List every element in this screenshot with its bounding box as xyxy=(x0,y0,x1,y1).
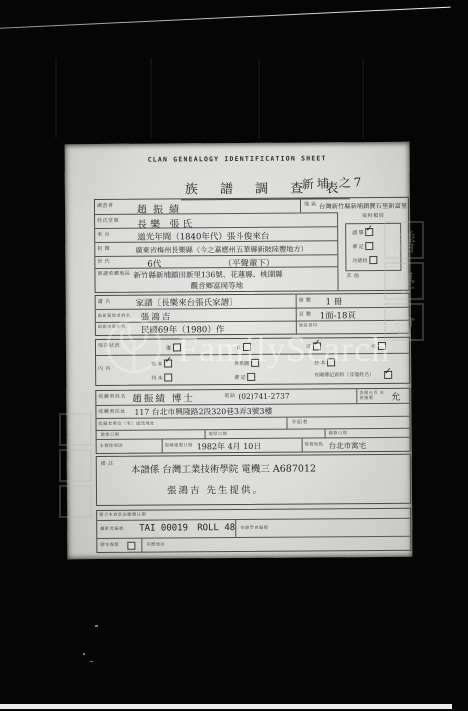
option-label: 優 xyxy=(166,344,171,351)
microfilm-date-label: 微捲日期 xyxy=(101,433,120,438)
permission-label: 查閱允否 本會複製 xyxy=(359,391,385,401)
locality-note: 新埔 之7 xyxy=(302,173,365,193)
option-label: 傳 記 xyxy=(352,243,363,250)
area-label: 地 區 xyxy=(304,202,317,208)
film-speck xyxy=(83,653,85,655)
familysearch-watermark-text: FamilySearch xyxy=(178,328,390,370)
microfilm-frame: CLAN GENEALOGY IDENTIFICATION SHEET 族 譜 … xyxy=(0,0,468,711)
title-value: 家譜〔長樂來台張氏家譜〕 xyxy=(136,296,238,309)
divider xyxy=(162,440,163,454)
donation-copy-label: 贈本複製 xyxy=(100,543,119,548)
holder-label: 收藏者姓名 xyxy=(98,395,126,401)
option-label: 功德榜 xyxy=(352,257,367,264)
film-streak xyxy=(362,58,364,138)
copy-date-value: 1982年 4月 10日 xyxy=(197,441,262,452)
category-label: 資料類別 xyxy=(362,214,384,220)
locations-line1: 新竹縣新埔鎮田新里136號、花蓮縣、桃園縣 xyxy=(133,269,282,281)
remarks-line1: 本譜係 台灣工業技術學院 電機三 A687012 xyxy=(131,460,316,475)
checkbox xyxy=(384,371,392,379)
option-label: 譜 牒 xyxy=(352,229,363,236)
film-streak xyxy=(55,58,57,138)
seal-glyph: 猶 xyxy=(59,413,92,446)
catalog-date-label: 繳錄日期 xyxy=(329,431,348,436)
arrival-label: 來 台 xyxy=(97,233,110,239)
remarks-line2: 張鴻吉 先生提供。 xyxy=(167,482,264,497)
locations-line2: 觀音鄉富岡等地 xyxy=(191,280,244,291)
title-label: 譜 名 xyxy=(98,300,111,306)
photocopy-date-label: 複照日期 xyxy=(209,432,228,437)
content-option: 有關傳記資料（非僅姓名） xyxy=(314,371,406,380)
category-item: 譜 牒 xyxy=(352,228,373,236)
option-label: 有關傳記資料（非僅姓名） xyxy=(314,372,382,378)
checkbox xyxy=(366,228,374,236)
remarks-label: 備 註 xyxy=(101,462,114,468)
divider xyxy=(235,520,236,538)
count-value: 1 冊 xyxy=(326,295,343,307)
film-bottom-strip xyxy=(0,704,452,709)
film-streak xyxy=(258,58,260,138)
clan-label: 姓氏堂號 xyxy=(97,219,119,225)
introducer-label: 介紹者 xyxy=(291,421,308,427)
holder-org-label: 收藏者單位（家）通訊地址 xyxy=(98,422,154,427)
copy-place-label: 複製地點 xyxy=(305,442,324,447)
surveyor-label: 調查者 xyxy=(97,204,114,210)
checkbox xyxy=(127,542,135,550)
seal-glyph: 會 xyxy=(384,303,424,341)
pages-label: 頁 數 xyxy=(299,312,312,318)
holder-address-label: 收藏者住址 xyxy=(98,410,126,416)
option-label: 傳 記 xyxy=(234,373,245,380)
count-label: 冊 數 xyxy=(299,298,312,304)
divider xyxy=(356,389,357,403)
divider xyxy=(300,199,301,213)
category-other-label: 其 他 xyxy=(346,274,359,280)
area-value: 台灣新竹縣新埔鎮寶石里新富里 xyxy=(319,201,407,211)
film-speck xyxy=(95,625,98,627)
checkbox xyxy=(248,373,256,381)
roll-number-value: ROLL 48 xyxy=(197,523,235,533)
form-block-identity: 調查者 趙振績 地 區 台灣新竹縣新埔鎮寶石里新富里 姓氏堂號 長樂 張氏 來 … xyxy=(94,197,410,293)
divider xyxy=(302,439,303,453)
row-donation-copy: 贈本複製 寄贈地址 xyxy=(97,536,410,553)
copy-place-value: 台北市寓宅 xyxy=(329,440,367,451)
seal-glyph: 家 xyxy=(59,485,92,518)
divider xyxy=(141,539,142,553)
phone-label: 電話 xyxy=(224,394,235,400)
holder-value: 趙振績 博士 xyxy=(132,390,195,404)
category-item: 傳 記 xyxy=(352,242,373,250)
donation-address-label: 寄贈地址 xyxy=(146,543,165,548)
donation-header-label: 贈予本會狀況繳贈日期 xyxy=(99,513,146,518)
archive-seal-watermark-right: 譜 學 會 xyxy=(384,221,424,341)
checkbox xyxy=(369,256,377,264)
seal-glyph: 他 xyxy=(59,449,92,482)
film-speck xyxy=(90,661,93,662)
copy-date-label: 現場複製日期 xyxy=(165,443,193,448)
row-copy: 未微捲原因 現場複製日期 1982年 4月 10日 複製地點 台北市寓宅 xyxy=(97,437,410,454)
phone-value: (02)741-2737 xyxy=(238,392,289,401)
film-scratch-line xyxy=(0,7,451,29)
origin-label: 祖 籍 xyxy=(97,247,110,253)
row-locations: 族譜收藏地區 新竹縣新埔鎮田新里136號、花蓮縣、桃園縣 觀音鄉富岡等地 xyxy=(95,266,337,292)
familysearch-tree-watermark-icon xyxy=(102,316,166,380)
locations-label: 族譜收藏地區 xyxy=(97,272,131,278)
archive-seal-watermark-left: 猶 他 家 xyxy=(59,413,92,518)
no-film-reason-label: 未微捲原因 xyxy=(100,444,123,449)
permission-value: 允 xyxy=(391,390,400,403)
form-block-donation: 贈予本會狀況繳贈日期 攝影者編號 TAI 00019 ROLL 48 家譜學會編… xyxy=(96,508,411,553)
generations-label: 世 代 xyxy=(97,260,110,266)
english-title: CLAN GENEALOGY IDENTIFICATION SHEET xyxy=(65,154,410,164)
film-number-label: 攝影者編號 xyxy=(100,527,123,532)
content-option: 傳 記 xyxy=(234,373,255,381)
society-number-label: 家譜學會編號 xyxy=(240,526,268,531)
film-streak xyxy=(150,58,152,138)
seal-glyph: 學 xyxy=(384,262,424,300)
seal-glyph: 譜 xyxy=(384,221,424,259)
checkbox xyxy=(366,242,374,250)
divider xyxy=(296,295,297,308)
form-block-remarks: 備 註 本譜係 台灣工業技術學院 電機三 A687012 張鴻吉 先生提供。 xyxy=(96,454,411,506)
category-item: 功德榜 xyxy=(352,256,377,264)
form-block-holder: 收藏者姓名 趙振績 博士 電話 (02)741-2737 查閱允否 本會複製 允… xyxy=(95,388,410,454)
film-number-value: TAI 00019 xyxy=(139,523,188,533)
